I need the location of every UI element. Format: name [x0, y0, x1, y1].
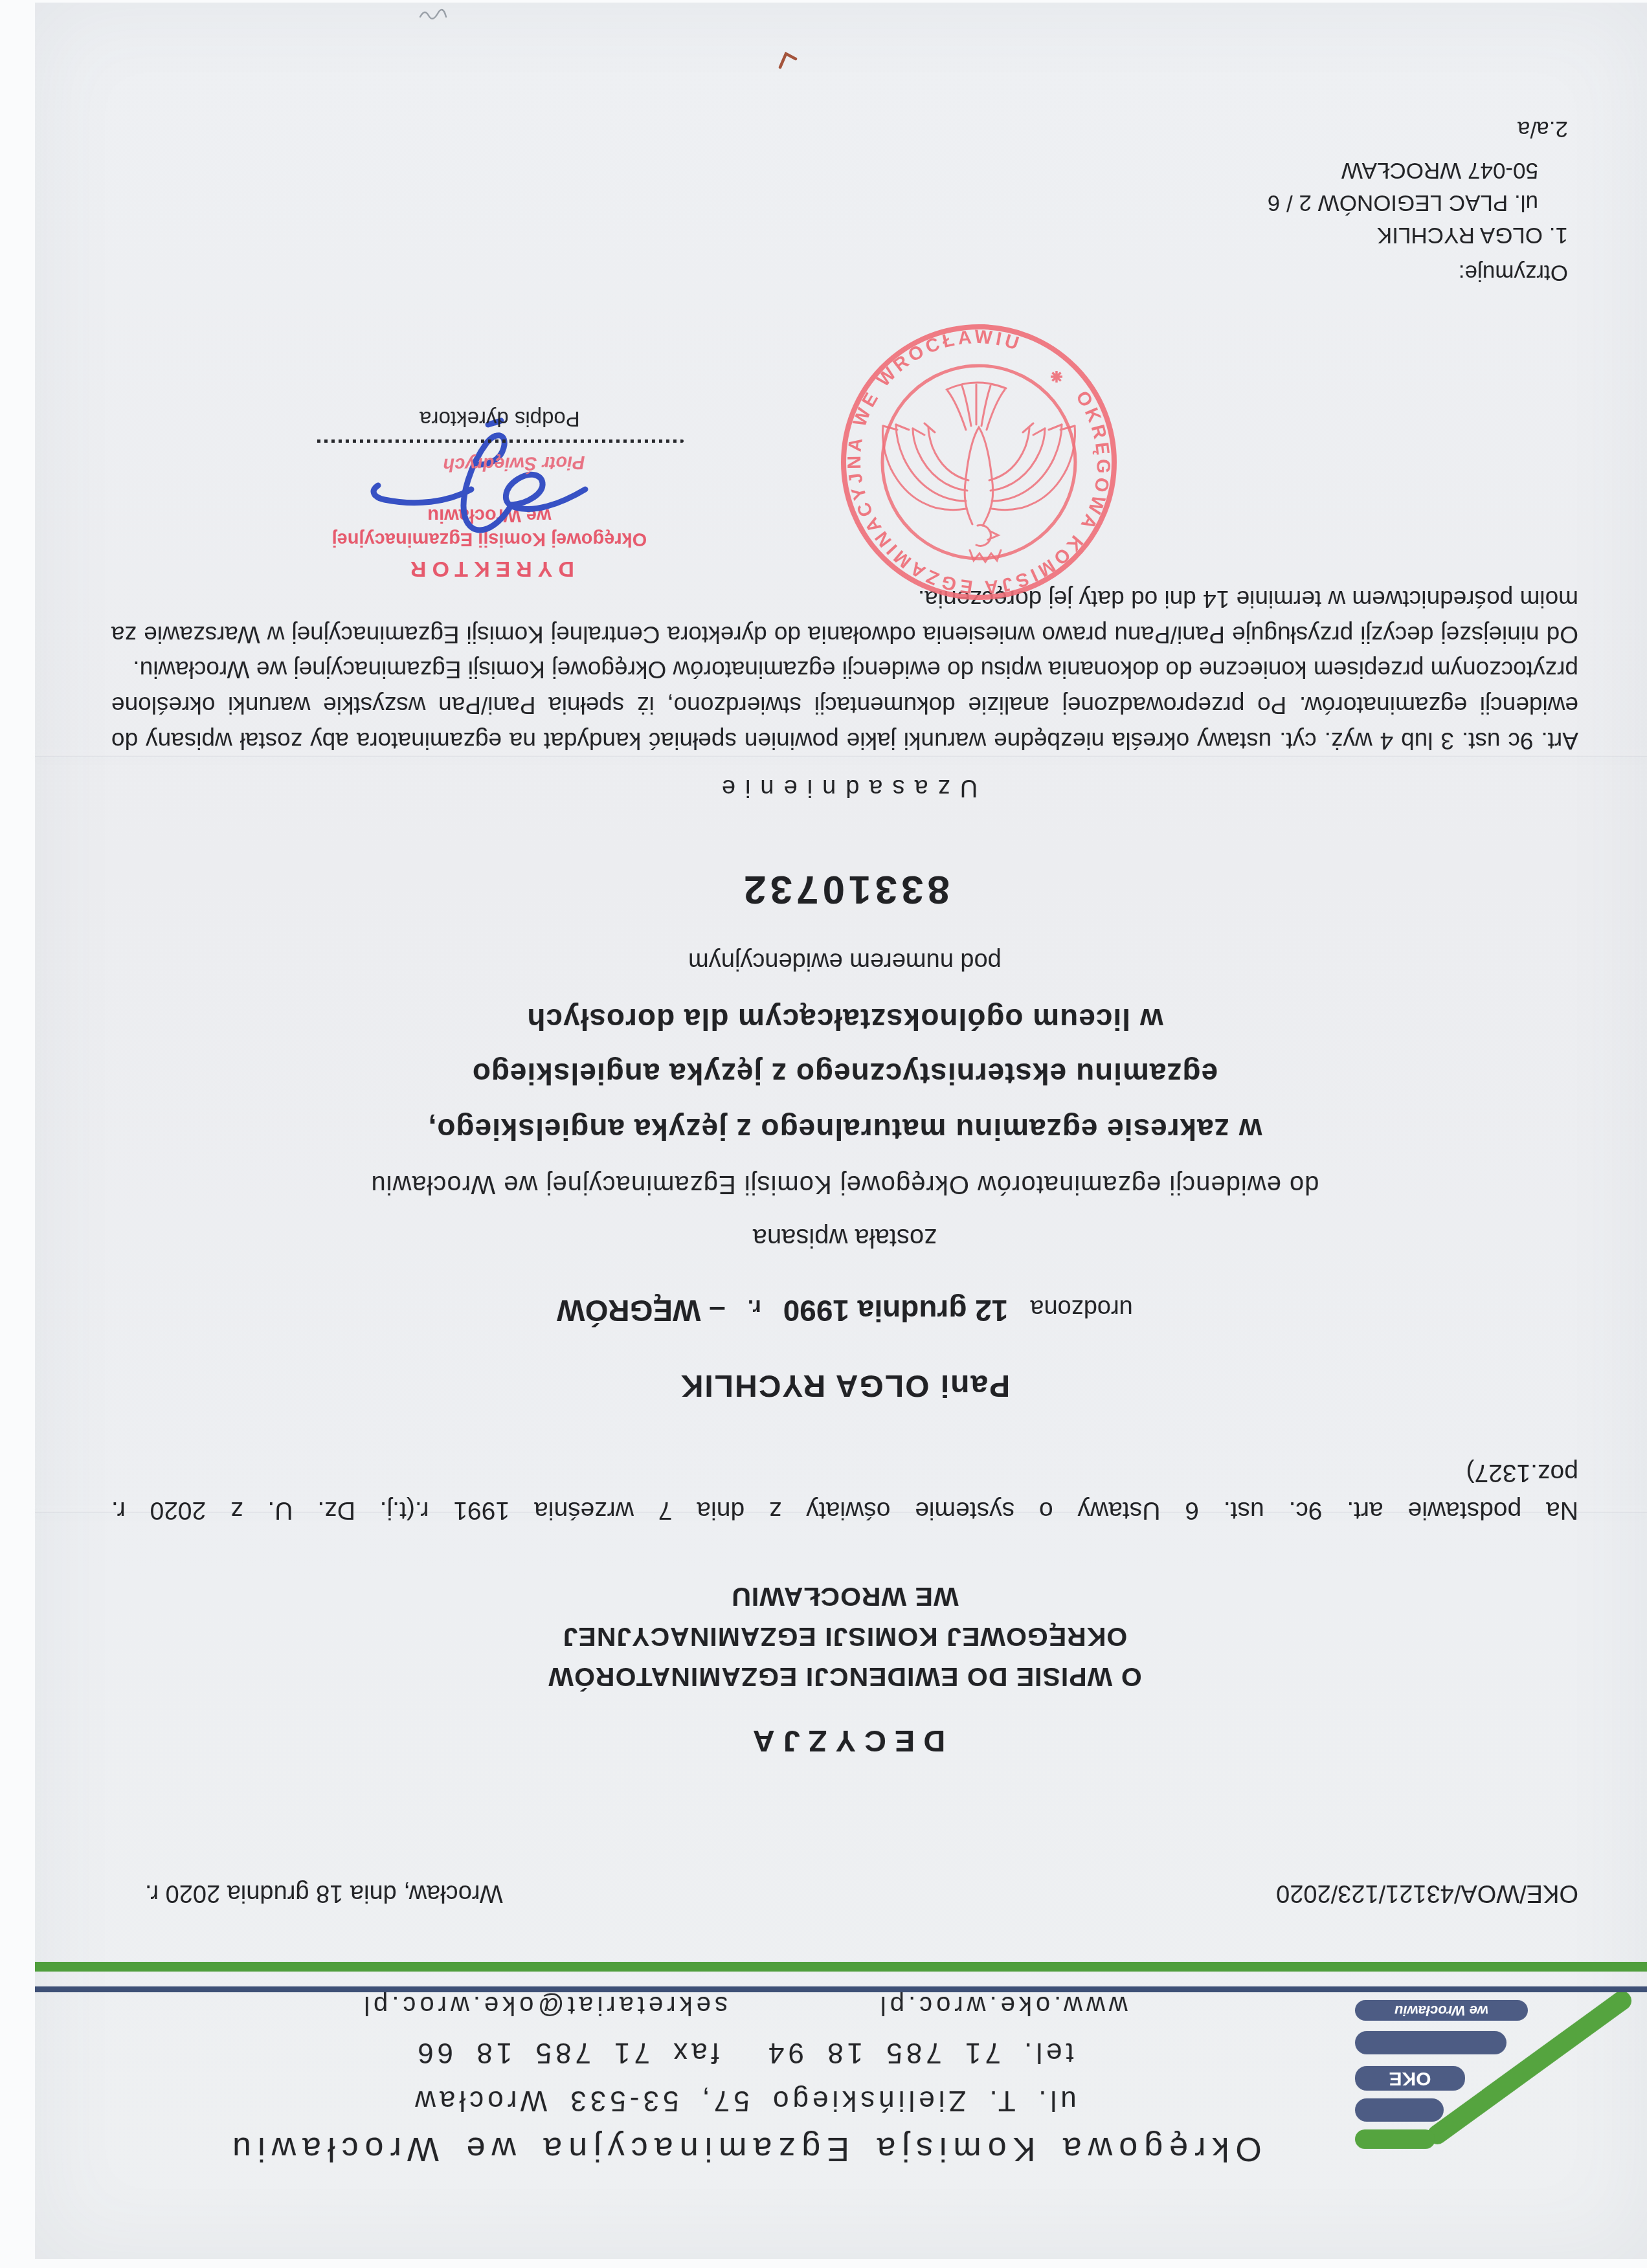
recipients-block: Otrzymuje: 1. OLGA RYCHLIK ul. PLAC LEGI… — [1268, 113, 1568, 289]
statement-line: została wpisana — [111, 1223, 1578, 1252]
legal-basis: Na podstawie art. 9c. ust. 6 Ustawy o sy… — [111, 1454, 1578, 1529]
birth-date: 12 grudnia 1990 — [783, 1293, 1009, 1328]
facsimile-name: Piotr Świędrych — [378, 450, 651, 476]
org-website: www.oke.wroc.pl — [877, 1990, 1128, 2019]
paper-sheet: OKE we Wrocławiu Okręgowa Komisja Egzami… — [35, 3, 1647, 2259]
subtitle-line: O WPISIE DO EWIDENCJI EGZAMINATORÓW — [111, 1657, 1578, 1697]
seal-star-icon — [1051, 371, 1062, 383]
document-subtitle: O WPISIE DO EWIDENCJI EGZAMINATORÓW OKRĘ… — [111, 1577, 1578, 1697]
justification-paragraph: Art. 9c ust. 3 lub 4 wyż. cyt. ustawy ok… — [111, 652, 1578, 759]
logo-city-label: we Wrocławiu — [1355, 2000, 1528, 2021]
subtitle-line: OKRĘGOWEJ KOMISJI EGZAMINACYJNEJ — [111, 1617, 1578, 1657]
eagle-icon — [883, 383, 1075, 562]
born-label: urodzona — [1030, 1294, 1132, 1322]
scope-line: w liceum ogólnokształcącym dla dorosłych — [111, 1002, 1578, 1037]
spacer — [719, 2036, 765, 2069]
seal-inner-ring — [882, 366, 1075, 559]
legal-basis-line: Na podstawie art. 9c. ust. 6 Ustawy o sy… — [111, 1491, 1578, 1529]
person-name: Pani OLGA RYCHLIK — [111, 1368, 1578, 1403]
logo-bar — [1355, 2031, 1507, 2054]
spacer — [728, 1990, 877, 2019]
justification-heading: Uzasadnienie — [111, 773, 1578, 801]
place-and-date: Wrocław, dnia 18 grudnia 2020 r. — [145, 1879, 503, 1907]
subtitle-line: WE WROCŁAWIU — [111, 1577, 1578, 1617]
official-seal: OKRĘGOWA KOMISJA EGZAMINACYJNA WE WROCŁA… — [836, 320, 1121, 605]
org-name: Okręgowa Komisja Egzaminacyjna we Wrocła… — [113, 2129, 1375, 2168]
header-rule-blue — [35, 1986, 1647, 1992]
document-title: DECYZJA — [111, 1724, 1578, 1759]
signature-caption: Podpis dyrektora — [316, 406, 684, 431]
recipient-line: 2.a/a — [1268, 113, 1568, 145]
recipient-line: ul. PLAC LEGIONÓW 2 / 6 — [1268, 186, 1568, 219]
signature-dotted-line — [316, 439, 684, 443]
document-content-rotated-180: OKE we Wrocławiu Okręgowa Komisja Egzami… — [35, 3, 1647, 2259]
reference-number: OKE/WOA/43121/123/2020 — [1276, 1879, 1578, 1907]
birth-place: – WĘGRÓW — [557, 1293, 726, 1328]
oke-logo: OKE we Wrocławiu — [1343, 1987, 1647, 2162]
org-tel: tel. 71 785 18 94 — [765, 2036, 1074, 2069]
org-fax: fax 71 785 18 66 — [414, 2036, 719, 2069]
scanned-document: OKE we Wrocławiu Okręgowa Komisja Egzami… — [0, 0, 1647, 2268]
scope-line: w zakresie egzaminu maturalnego z języka… — [111, 1112, 1578, 1147]
recipient-line: 50-047 WROCŁAW — [1268, 154, 1568, 186]
registry-number: 83310732 — [111, 867, 1578, 913]
org-address: ul. T. Zielińskiego 57, 53-533 Wrocław — [113, 2084, 1375, 2117]
reference-row: OKE/WOA/43121/123/2020 Wrocław, dnia 18 … — [145, 1879, 1578, 1907]
birth-date-suffix: r. — [748, 1295, 761, 1320]
recipients-heading: Otrzymuje: — [1268, 256, 1568, 289]
org-web-row: www.oke.wroc.pl sekretariat@oke.wroc.pl — [113, 1990, 1375, 2019]
legal-basis-line: poz.1327) — [111, 1454, 1578, 1491]
scope-line: egzaminu eksternistycznego z języka angi… — [111, 1056, 1578, 1091]
letterhead: Okręgowa Komisja Egzaminacyjna we Wrocła… — [113, 1990, 1375, 2168]
recipient-line: 1. OLGA RYCHLIK — [1268, 219, 1568, 251]
registry-line: do ewidencji egzaminatorów Okręgowej Kom… — [111, 1170, 1578, 1199]
org-email: sekretariat@oke.wroc.pl — [360, 1990, 728, 2019]
birth-line: urodzona 12 grudnia 1990 r. – WĘGRÓW — [111, 1293, 1578, 1328]
header-rule-green — [35, 1962, 1647, 1972]
registry-number-label: pod numerem ewidencyjnym — [111, 947, 1578, 975]
org-phone-row: tel. 71 785 18 94 fax 71 785 18 66 — [113, 2036, 1375, 2069]
